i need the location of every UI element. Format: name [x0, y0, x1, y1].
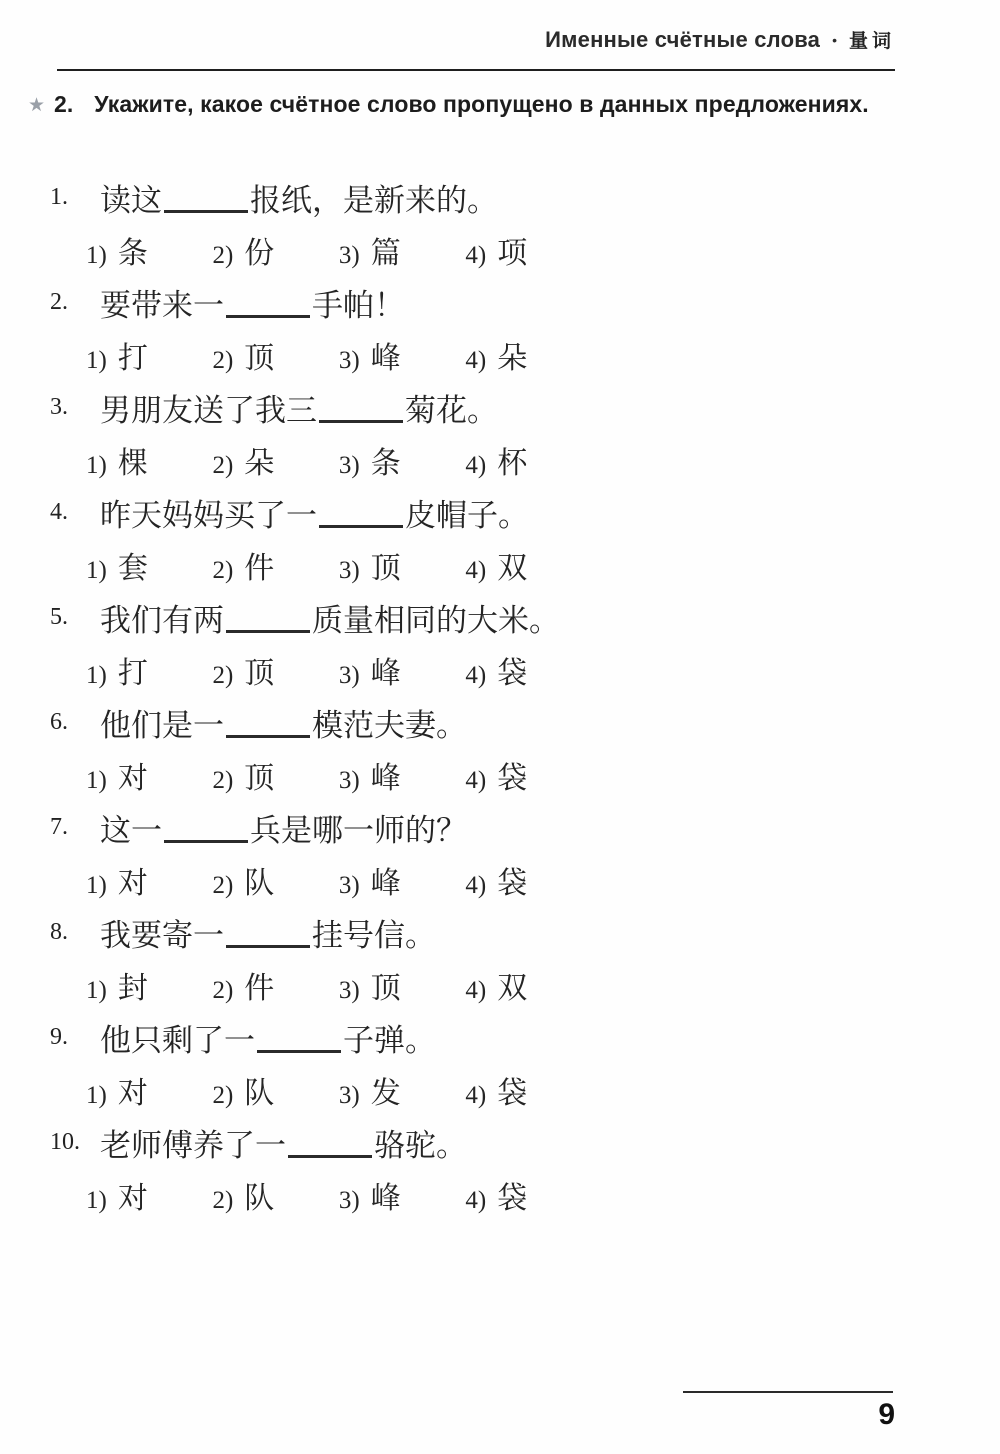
exercise-sentence: 老师傅养了一骆驼。: [100, 1125, 960, 1167]
option-label: 3): [339, 452, 360, 479]
exercise-number: 6.: [50, 709, 100, 736]
option-character: 条: [371, 447, 401, 480]
options-row: 1)对 2)顶 3)峰 4)袋: [86, 753, 587, 797]
exercise-item: 8. 我要寄一挂号信。 1)封 2)件 3)顶 4)双: [50, 915, 960, 1020]
sentence-before-blank: 这一: [100, 813, 162, 848]
option-character: 套: [118, 552, 148, 585]
option-character: 峰: [371, 657, 401, 690]
answer-option: 3)峰: [339, 333, 461, 377]
answer-option: 1)套: [86, 543, 208, 587]
sentence-before-blank: 他只剩了一: [100, 1023, 255, 1058]
option-character: 篇: [371, 237, 401, 270]
options-row: 1)封 2)件 3)顶 4)双: [86, 963, 587, 1007]
option-label: 1): [86, 1187, 107, 1214]
exercise-number: 10.: [50, 1129, 100, 1156]
option-character: 双: [497, 972, 527, 1005]
exercise-item: 7. 这一兵是哪一师的？ 1)对 2)队 3)峰 4)袋: [50, 810, 960, 915]
sentence-after-blank: 质量相同的大米。: [312, 603, 560, 638]
sentence-before-blank: 昨天妈妈买了一: [100, 498, 317, 533]
exercise-sentence: 男朋友送了我三菊花。: [100, 390, 960, 432]
option-character: 顶: [244, 657, 274, 690]
answer-option: 3)峰: [339, 753, 461, 797]
answer-option: 4)项: [465, 228, 587, 272]
answer-option: 1)条: [86, 228, 208, 272]
blank-underline: [226, 626, 310, 633]
blank-underline: [226, 731, 310, 738]
sentence-before-blank: 男朋友送了我三: [100, 393, 317, 428]
option-label: 4): [465, 347, 486, 374]
task-heading: ★ 2. Укажите, какое счётное слово пропущ…: [28, 91, 945, 118]
option-character: 封: [118, 972, 148, 1005]
exercise-item: 3. 男朋友送了我三菊花。 1)棵 2)朵 3)条 4)杯: [50, 390, 960, 495]
exercise-number: 2.: [50, 289, 100, 316]
answer-option: 1)对: [86, 1173, 208, 1217]
header-title-chinese: 量词: [849, 26, 895, 53]
exercise-sentence: 我要寄一挂号信。: [100, 915, 960, 957]
answer-option: 3)顶: [339, 963, 461, 1007]
option-label: 2): [212, 977, 233, 1004]
option-character: 项: [497, 237, 527, 270]
option-label: 2): [212, 347, 233, 374]
answer-option: 3)顶: [339, 543, 461, 587]
option-character: 峰: [371, 1182, 401, 1215]
option-character: 打: [118, 657, 148, 690]
option-character: 顶: [371, 972, 401, 1005]
option-label: 1): [86, 557, 107, 584]
answer-option: 4)双: [465, 543, 587, 587]
answer-option: 4)袋: [465, 753, 587, 797]
option-label: 3): [339, 662, 360, 689]
sentence-after-blank: 模范夫妻。: [312, 708, 467, 743]
task-instruction: Укажите, какое счётное слово пропущено в…: [94, 91, 869, 118]
header-title-russian: Именные счётные слова: [545, 27, 820, 53]
option-character: 件: [244, 552, 274, 585]
option-label: 1): [86, 242, 107, 269]
answer-option: 4)双: [465, 963, 587, 1007]
exercise-list: 1. 读这报纸，是新来的。 1)条 2)份 3)篇 4)项 2. 要带来一手帕！: [50, 180, 960, 1230]
option-label: 2): [212, 452, 233, 479]
option-label: 1): [86, 347, 107, 374]
option-label: 1): [86, 662, 107, 689]
option-label: 3): [339, 1187, 360, 1214]
exercise-item: 2. 要带来一手帕！ 1)打 2)顶 3)峰 4)朵: [50, 285, 960, 390]
sentence-after-blank: 兵是哪一师的？: [250, 813, 467, 848]
option-label: 3): [339, 347, 360, 374]
exercise-item: 6. 他们是一模范夫妻。 1)对 2)顶 3)峰 4)袋: [50, 705, 960, 810]
sentence-after-blank: 报纸，是新来的。: [250, 183, 498, 218]
option-character: 袋: [497, 1182, 527, 1215]
option-character: 对: [118, 1077, 148, 1110]
option-character: 打: [118, 342, 148, 375]
sentence-before-blank: 我要寄一: [100, 918, 224, 953]
options-row: 1)条 2)份 3)篇 4)项: [86, 228, 587, 272]
sentence-after-blank: 骆驼。: [374, 1128, 467, 1163]
option-character: 棵: [118, 447, 148, 480]
option-label: 2): [212, 1187, 233, 1214]
options-row: 1)套 2)件 3)顶 4)双: [86, 543, 587, 587]
option-label: 2): [212, 662, 233, 689]
option-label: 3): [339, 557, 360, 584]
header-divider-line: [57, 69, 895, 71]
page-number: 9: [878, 1398, 895, 1432]
options-row: 1)棵 2)朵 3)条 4)杯: [86, 438, 587, 482]
option-character: 发: [371, 1077, 401, 1110]
answer-option: 3)条: [339, 438, 461, 482]
option-label: 4): [465, 767, 486, 794]
exercise-item: 1. 读这报纸，是新来的。 1)条 2)份 3)篇 4)项: [50, 180, 960, 285]
exercise-item: 5. 我们有两质量相同的大米。 1)打 2)顶 3)峰 4)袋: [50, 600, 960, 705]
options-row: 1)对 2)队 3)峰 4)袋: [86, 858, 587, 902]
option-label: 1): [86, 452, 107, 479]
option-character: 份: [244, 237, 274, 270]
option-character: 朵: [497, 342, 527, 375]
option-character: 朵: [244, 447, 274, 480]
answer-option: 2)顶: [212, 648, 334, 692]
blank-underline: [226, 941, 310, 948]
answer-option: 3)篇: [339, 228, 461, 272]
answer-option: 2)顶: [212, 333, 334, 377]
option-label: 3): [339, 1082, 360, 1109]
option-label: 2): [212, 767, 233, 794]
exercise-sentence: 我们有两质量相同的大米。: [100, 600, 960, 642]
option-label: 3): [339, 872, 360, 899]
sentence-after-blank: 子弹。: [343, 1023, 436, 1058]
option-label: 1): [86, 767, 107, 794]
option-character: 顶: [244, 762, 274, 795]
answer-option: 4)袋: [465, 1173, 587, 1217]
option-label: 2): [212, 242, 233, 269]
option-character: 条: [118, 237, 148, 270]
answer-option: 2)队: [212, 1173, 334, 1217]
answer-option: 1)对: [86, 858, 208, 902]
sentence-before-blank: 我们有两: [100, 603, 224, 638]
option-label: 3): [339, 242, 360, 269]
option-character: 顶: [244, 342, 274, 375]
exercise-sentence: 要带来一手帕！: [100, 285, 960, 327]
blank-underline: [319, 521, 403, 528]
option-label: 4): [465, 872, 486, 899]
option-character: 袋: [497, 657, 527, 690]
exercise-sentence: 这一兵是哪一师的？: [100, 810, 960, 852]
option-character: 队: [244, 1077, 274, 1110]
option-label: 3): [339, 977, 360, 1004]
sentence-after-blank: 挂号信。: [312, 918, 436, 953]
option-label: 4): [465, 452, 486, 479]
exercise-number: 3.: [50, 394, 100, 421]
exercise-item: 9. 他只剩了一子弹。 1)对 2)队 3)发 4)袋: [50, 1020, 960, 1125]
answer-option: 2)件: [212, 963, 334, 1007]
option-character: 杯: [497, 447, 527, 480]
blank-underline: [288, 1151, 372, 1158]
blank-underline: [164, 836, 248, 843]
option-label: 4): [465, 242, 486, 269]
sentence-after-blank: 皮帽子。: [405, 498, 529, 533]
exercise-number: 1.: [50, 184, 100, 211]
option-label: 4): [465, 557, 486, 584]
answer-option: 2)朵: [212, 438, 334, 482]
sentence-before-blank: 要带来一: [100, 288, 224, 323]
blank-underline: [164, 206, 248, 213]
answer-option: 1)对: [86, 1068, 208, 1112]
exercise-number: 7.: [50, 814, 100, 841]
answer-option: 2)顶: [212, 753, 334, 797]
exercise-sentence: 读这报纸，是新来的。: [100, 180, 960, 222]
exercise-item: 4. 昨天妈妈买了一皮帽子。 1)套 2)件 3)顶 4)双: [50, 495, 960, 600]
option-label: 4): [465, 977, 486, 1004]
option-label: 1): [86, 872, 107, 899]
textbook-page: Именные счётные слова • 量词 ★ 2. Укажите,…: [0, 0, 1000, 1454]
answer-option: 1)棵: [86, 438, 208, 482]
blank-underline: [319, 416, 403, 423]
answer-option: 3)峰: [339, 1173, 461, 1217]
option-character: 双: [497, 552, 527, 585]
answer-option: 2)队: [212, 1068, 334, 1112]
option-label: 2): [212, 872, 233, 899]
option-character: 对: [118, 867, 148, 900]
answer-option: 4)袋: [465, 648, 587, 692]
option-character: 峰: [371, 342, 401, 375]
answer-option: 4)袋: [465, 1068, 587, 1112]
page-header: Именные счётные слова • 量词: [545, 26, 895, 53]
star-icon: ★: [28, 94, 45, 117]
answer-option: 2)份: [212, 228, 334, 272]
options-row: 1)对 2)队 3)发 4)袋: [86, 1068, 587, 1112]
exercise-number: 5.: [50, 604, 100, 631]
exercise-sentence: 他只剩了一子弹。: [100, 1020, 960, 1062]
option-character: 峰: [371, 762, 401, 795]
option-label: 2): [212, 1082, 233, 1109]
sentence-before-blank: 他们是一: [100, 708, 224, 743]
option-character: 队: [244, 1182, 274, 1215]
option-character: 袋: [497, 867, 527, 900]
option-character: 对: [118, 762, 148, 795]
sentence-before-blank: 老师傅养了一: [100, 1128, 286, 1163]
blank-underline: [257, 1046, 341, 1053]
option-label: 4): [465, 1187, 486, 1214]
option-character: 峰: [371, 867, 401, 900]
option-label: 2): [212, 557, 233, 584]
option-label: 1): [86, 977, 107, 1004]
options-row: 1)打 2)顶 3)峰 4)袋: [86, 648, 587, 692]
option-character: 对: [118, 1182, 148, 1215]
option-character: 袋: [497, 1077, 527, 1110]
exercise-item: 10. 老师傅养了一骆驼。 1)对 2)队 3)峰 4)袋: [50, 1125, 960, 1230]
answer-option: 1)打: [86, 648, 208, 692]
answer-option: 2)件: [212, 543, 334, 587]
options-row: 1)对 2)队 3)峰 4)袋: [86, 1173, 587, 1217]
option-label: 4): [465, 662, 486, 689]
answer-option: 3)峰: [339, 648, 461, 692]
task-number: 2.: [54, 91, 73, 118]
sentence-before-blank: 读这: [100, 183, 162, 218]
answer-option: 4)杯: [465, 438, 587, 482]
option-label: 1): [86, 1082, 107, 1109]
answer-option: 3)峰: [339, 858, 461, 902]
exercise-number: 4.: [50, 499, 100, 526]
blank-underline: [226, 311, 310, 318]
footer-divider-line: [683, 1391, 893, 1393]
option-character: 件: [244, 972, 274, 1005]
answer-option: 2)队: [212, 858, 334, 902]
option-label: 3): [339, 767, 360, 794]
option-character: 袋: [497, 762, 527, 795]
option-character: 队: [244, 867, 274, 900]
option-label: 4): [465, 1082, 486, 1109]
exercise-number: 9.: [50, 1024, 100, 1051]
answer-option: 1)对: [86, 753, 208, 797]
answer-option: 3)发: [339, 1068, 461, 1112]
sentence-after-blank: 菊花。: [405, 393, 498, 428]
answer-option: 1)封: [86, 963, 208, 1007]
answer-option: 1)打: [86, 333, 208, 377]
answer-option: 4)袋: [465, 858, 587, 902]
option-character: 顶: [371, 552, 401, 585]
exercise-sentence: 他们是一模范夫妻。: [100, 705, 960, 747]
answer-option: 4)朵: [465, 333, 587, 377]
exercise-number: 8.: [50, 919, 100, 946]
exercise-sentence: 昨天妈妈买了一皮帽子。: [100, 495, 960, 537]
sentence-after-blank: 手帕！: [312, 288, 405, 323]
options-row: 1)打 2)顶 3)峰 4)朵: [86, 333, 587, 377]
header-bullet-separator: •: [832, 32, 837, 48]
